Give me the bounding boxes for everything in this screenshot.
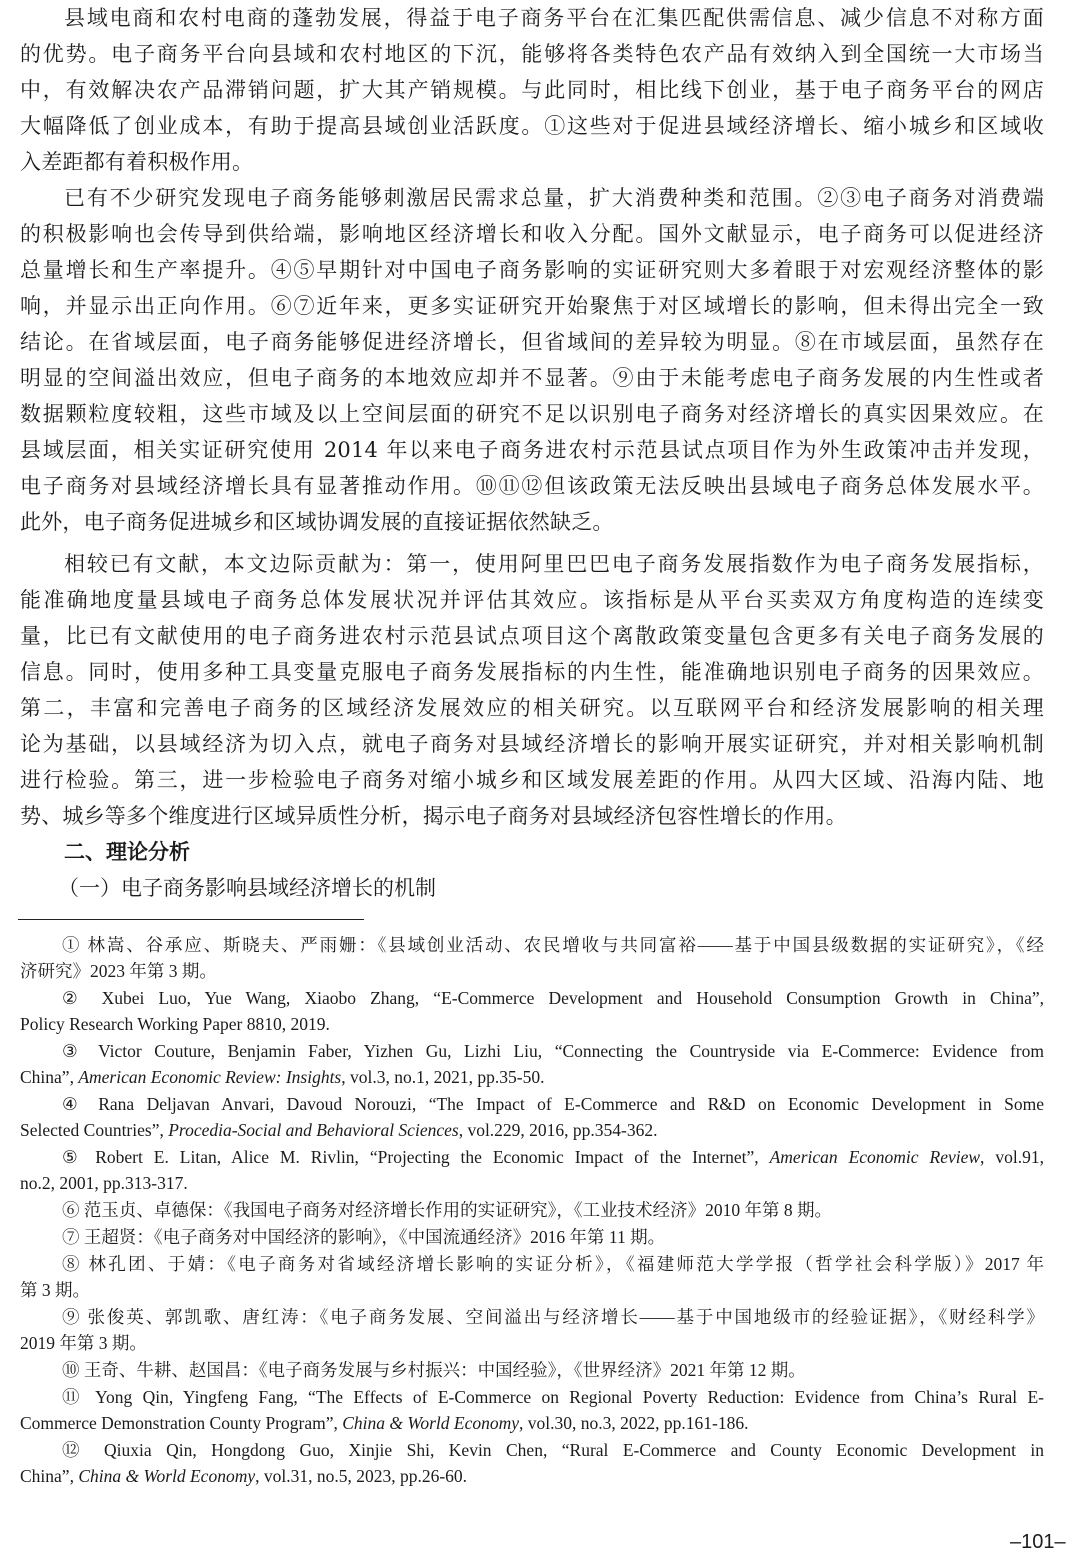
footnote-7: ⑦ 王超贤：《电子商务对中国经济的影响》，《中国流通经济》2016 年第 11 … bbox=[62, 1224, 1044, 1250]
body-text-line: 县域电商和农村电商的蓬勃发展，得益于电子商务平台在汇集匹配供需信息、减少信息不对… bbox=[64, 0, 1044, 36]
footnote-11-cont: Commerce Demonstration County Program”, … bbox=[20, 1410, 1044, 1436]
body-text-line: 论为基础，以县域经济为切入点，就电子商务对县域经济增长的影响开展实证研究，并对相… bbox=[20, 726, 1044, 762]
footnote-8-cont: 第 3 期。 bbox=[20, 1277, 1044, 1303]
body-text-line: 量，比已有文献使用的电子商务进农村示范县试点项目这个离散政策变量包含更多有关电子… bbox=[20, 618, 1044, 654]
footnote-2-cont: Policy Research Working Paper 8810, 2019… bbox=[20, 1011, 1044, 1037]
body-text-line: 入差距都有着积极作用。 bbox=[20, 144, 1044, 180]
body-text-line: 数据颗粒度较粗，这些市域及以上空间层面的研究不足以识别电子商务对经济增长的真实因… bbox=[20, 396, 1044, 432]
footnote-5: ⑤ Robert E. Litan, Alice M. Rivlin, “Pro… bbox=[62, 1144, 1044, 1170]
journal-title: American Economic Review bbox=[770, 1147, 980, 1167]
footnote-12-cont: China”, China & World Economy, vol.31, n… bbox=[20, 1463, 1044, 1489]
footnote-12: ⑫ Qiuxia Qin, Hongdong Guo, Xinjie Shi, … bbox=[62, 1437, 1044, 1463]
footnote-9: ⑨ 张俊英、郭凯歌、唐红涛：《电子商务发展、空间溢出与经济增长——基于中国地级市… bbox=[62, 1304, 1044, 1330]
paper-page: 县域电商和农村电商的蓬勃发展，得益于电子商务平台在汇集匹配供需信息、减少信息不对… bbox=[0, 0, 1080, 1563]
footnote-1-cont: 济研究》2023 年第 3 期。 bbox=[20, 958, 1044, 984]
body-text-line: 县域层面，相关实证研究使用 2014 年以来电子商务进农村示范县试点项目作为外生… bbox=[20, 432, 1044, 468]
footnote-4: ④ Rana Deljavan Anvari, Davoud Norouzi, … bbox=[62, 1091, 1044, 1117]
body-text-line: 大幅降低了创业成本，有助于提高县域创业活跃度。①这些对于促进县域经济增长、缩小城… bbox=[20, 108, 1044, 144]
footnote-6: ⑥ 范玉贞、卓德保：《我国电子商务对经济增长作用的实证研究》，《工业技术经济》2… bbox=[62, 1197, 1044, 1223]
body-text-line: 电子商务对县域经济增长具有显著推动作用。⑩⑪⑫但该政策无法反映出县域电子商务总体… bbox=[20, 468, 1044, 504]
body-text-line: 第二，丰富和完善电子商务的区域经济发展效应的相关研究。以互联网平台和经济发展影响… bbox=[20, 690, 1044, 726]
footnote-1: ① 林嵩、谷承应、斯晓夫、严雨姗：《县域创业活动、农民增收与共同富裕——基于中国… bbox=[62, 932, 1044, 958]
journal-title: China & World Economy bbox=[78, 1466, 255, 1486]
footnote-4-cont: Selected Countries”, Procedia-Social and… bbox=[20, 1117, 1044, 1143]
journal-title: Procedia-Social and Behavioral Sciences bbox=[168, 1120, 458, 1140]
body-text-line: 信息。同时，使用多种工具变量克服电子商务发展指标的内生性，能准确地识别电子商务的… bbox=[20, 654, 1044, 690]
footnote-8: ⑧ 林孔团、于婧：《电子商务对省域经济增长影响的实证分析》，《福建师范大学学报（… bbox=[62, 1251, 1044, 1277]
section-heading: 二、理论分析 bbox=[64, 836, 190, 868]
footnote-divider bbox=[18, 919, 364, 920]
footnote-10: ⑩ 王奇、牛耕、赵国昌：《电子商务发展与乡村振兴：中国经验》，《世界经济》202… bbox=[62, 1357, 1044, 1383]
body-text-line: 进行检验。第三，进一步检验电子商务对缩小城乡和区域发展差距的作用。从四大区域、沿… bbox=[20, 762, 1044, 798]
subsection-heading: （一）电子商务影响县域经济增长的机制 bbox=[58, 872, 436, 904]
body-text-line: 响，并显示出正向作用。⑥⑦近年来，更多实证研究开始聚焦于对区域增长的影响，但未得… bbox=[20, 288, 1044, 324]
footnote-3-cont: China”, American Economic Review: Insigh… bbox=[20, 1064, 1044, 1090]
body-text-line: 此外，电子商务促进城乡和区域协调发展的直接证据依然缺乏。 bbox=[20, 504, 1044, 540]
footnote-2: ② Xubei Luo, Yue Wang, Xiaobo Zhang, “E-… bbox=[62, 985, 1044, 1011]
footnote-5-cont: no.2, 2001, pp.313-317. bbox=[20, 1170, 1044, 1196]
journal-title: China & World Economy bbox=[342, 1413, 519, 1433]
footnote-9-cont: 2019 年第 3 期。 bbox=[20, 1330, 1044, 1356]
body-text-line: 已有不少研究发现电子商务能够刺激居民需求总量，扩大消费种类和范围。②③电子商务对… bbox=[64, 180, 1044, 216]
body-text-line: 能准确地度量县域电子商务总体发展状况并评估其效应。该指标是从平台买卖双方角度构造… bbox=[20, 582, 1044, 618]
body-text-line: 相较已有文献，本文边际贡献为：第一，使用阿里巴巴电子商务发展指数作为电子商务发展… bbox=[64, 546, 1044, 582]
body-text-line: 的积极影响也会传导到供给端，影响地区经济增长和收入分配。国外文献显示，电子商务可… bbox=[20, 216, 1044, 252]
body-text-line: 总量增长和生产率提升。④⑤早期针对中国电子商务影响的实证研究则大多着眼于对宏观经… bbox=[20, 252, 1044, 288]
footnote-11: ⑪ Yong Qin, Yingfeng Fang, “The Effects … bbox=[62, 1384, 1044, 1410]
body-text-line: 中，有效解决农产品滞销问题，扩大其产销规模。与此同时，相比线下创业，基于电子商务… bbox=[20, 72, 1044, 108]
body-text-line: 势、城乡等多个维度进行区域异质性分析，揭示电子商务对县域经济包容性增长的作用。 bbox=[20, 798, 1044, 834]
body-text-line: 结论。在省域层面，电子商务能够促进经济增长，但省域间的差异较为明显。⑧在市域层面… bbox=[20, 324, 1044, 360]
footnote-3: ③ Victor Couture, Benjamin Faber, Yizhen… bbox=[62, 1038, 1044, 1064]
journal-title: American Economic Review: Insights bbox=[78, 1067, 341, 1087]
body-text-line: 明显的空间溢出效应，但电子商务的本地效应却并不显著。⑨由于未能考虑电子商务发展的… bbox=[20, 360, 1044, 396]
body-text-line: 的优势。电子商务平台向县域和农村地区的下沉，能够将各类特色农产品有效纳入到全国统… bbox=[20, 36, 1044, 72]
page-number: –101– bbox=[1010, 1530, 1066, 1554]
